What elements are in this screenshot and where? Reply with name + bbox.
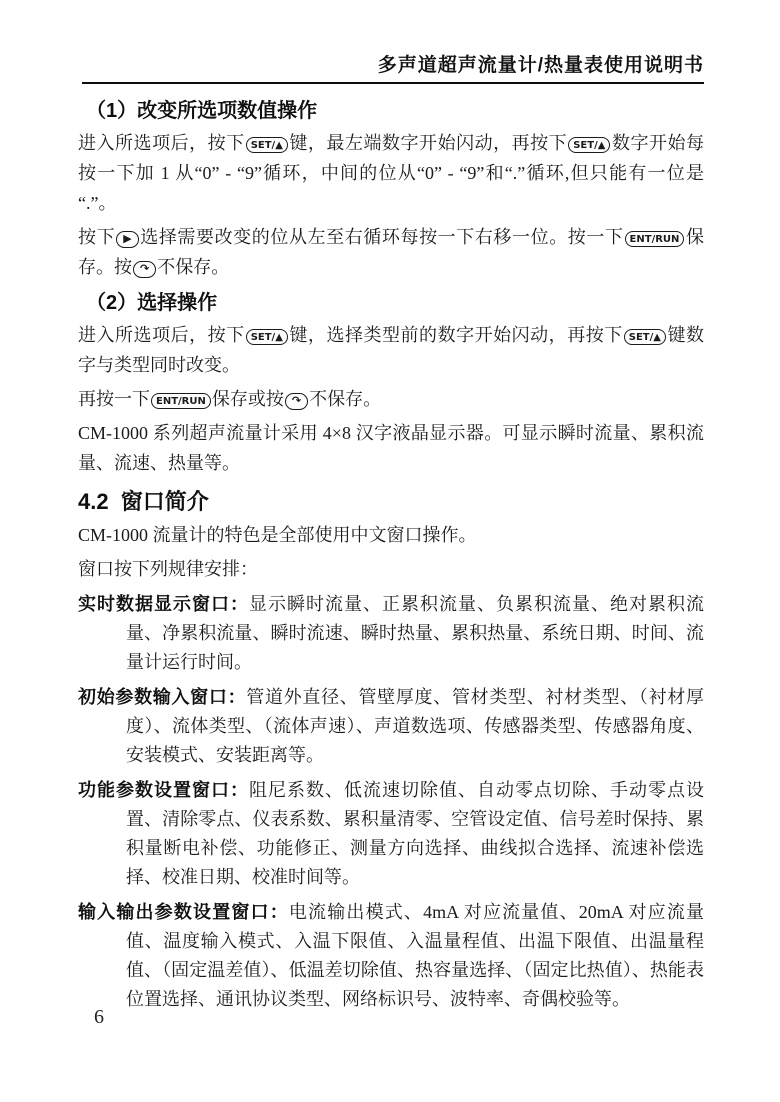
document-body: （1）改变所选项数值操作进入所选项后，按下SET/▲键，最左端数字开始闪动，再按…: [78, 90, 704, 1014]
block-realtime-data-window-label: 实时数据显示窗口：: [78, 594, 249, 614]
set-up-key-icon: SET/▲: [568, 137, 610, 153]
heading-select-operation: （2）选择操作: [86, 290, 704, 316]
header-divider: [82, 82, 704, 84]
return-key-icon: ↷: [133, 261, 156, 278]
block-realtime-data-window: 实时数据显示窗口：显示瞬时流量、正累积流量、负累积流量、绝对累积流量、净累积流量…: [78, 590, 704, 677]
para-select-operation: 进入所选项后，按下SET/▲键，选择类型前的数字开始闪动，再按下SET/▲键数字…: [78, 320, 704, 380]
set-up-key-icon: SET/▲: [246, 329, 288, 345]
block-function-params-window: 功能参数设置窗口：阻尼系数、低流速切除值、自动零点切除、手动零点设置、清除零点、…: [78, 776, 704, 892]
para-window-rules: 窗口按下列规律安排：: [78, 554, 704, 584]
block-initial-params-window-label: 初始参数输入窗口：: [78, 687, 246, 707]
page-number: 6: [94, 1006, 104, 1029]
block-io-params-window: 输入输出参数设置窗口：电流输出模式、4mA 对应流量值、20mA 对应流量值、温…: [78, 898, 704, 1014]
heading-change-value-operation: （1）改变所选项数值操作: [86, 98, 704, 124]
manual-page: 多声道超声流量计/热量表使用说明书 （1）改变所选项数值操作进入所选项后，按下S…: [0, 0, 780, 1102]
enter-run-key-icon: ENT/RUN: [151, 393, 211, 409]
right-arrow-key-icon: ▶: [116, 231, 138, 248]
block-io-params-window-label: 输入输出参数设置窗口：: [78, 902, 289, 922]
block-initial-params-window: 初始参数输入窗口：管道外直径、管壁厚度、管材类型、衬材类型、（衬材厚度）、流体类…: [78, 683, 704, 770]
heading-4-2-window-intro: 4.2 窗口简介: [78, 488, 704, 516]
running-header: 多声道超声流量计/热量表使用说明书: [80, 50, 704, 77]
para-change-value: 进入所选项后，按下SET/▲键，最左端数字开始闪动，再按下SET/▲数字开始每按…: [78, 128, 704, 218]
para-lcd-display: CM-1000 系列超声流量计采用 4×8 汉字液晶显示器。可显示瞬时流量、累积…: [78, 418, 704, 478]
block-function-params-window-label: 功能参数设置窗口：: [78, 780, 249, 800]
para-chinese-windows: CM-1000 流量计的特色是全部使用中文窗口操作。: [78, 520, 704, 550]
enter-run-key-icon: ENT/RUN: [625, 231, 685, 247]
set-up-key-icon: SET/▲: [624, 329, 666, 345]
return-key-icon: ↷: [285, 393, 308, 410]
header-title: 多声道超声流量计/热量表使用说明书: [378, 55, 704, 76]
set-up-key-icon: SET/▲: [246, 137, 288, 153]
para-move-digit: 按下▶选择需要改变的位从左至右循环每按一下右移一位。按一下ENT/RUN保存。按…: [78, 222, 704, 282]
para-save-or-not: 再按一下ENT/RUN保存或按↷不保存。: [78, 384, 704, 414]
